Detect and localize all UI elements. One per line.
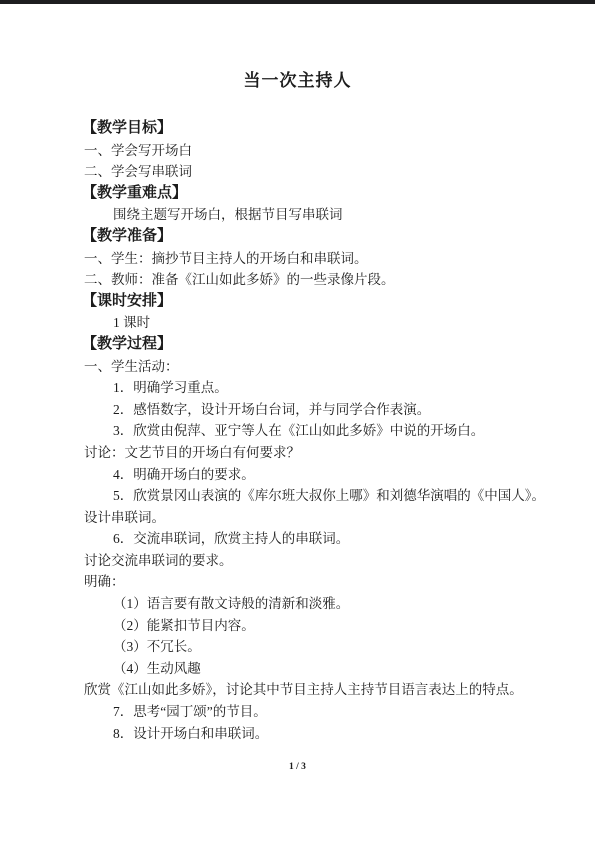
document-line: 一、学会写开场白 xyxy=(84,140,529,162)
document-line: 欣赏《江山如此多娇》，讨论其中节目主持人主持节目语言表达上的特点。 xyxy=(84,679,529,701)
document-line: 【教学准备】 xyxy=(82,226,529,248)
document-line: 7．思考“园丁颂”的节目。 xyxy=(84,701,529,723)
document-line: 二、学会写串联词 xyxy=(84,161,529,183)
document-line: 围绕主题写开场白，根据节目写串联词 xyxy=(84,204,529,226)
document-line: 二、教师：准备《江山如此多娇》的一些录像片段。 xyxy=(84,269,529,291)
document-line: 【教学目标】 xyxy=(82,118,529,140)
document-body: 【教学目标】一、学会写开场白二、学会写串联词【教学重难点】围绕主题写开场白，根据… xyxy=(84,118,529,744)
document-line: （3）不冗长。 xyxy=(84,636,529,658)
document-line: （4）生动风趣 xyxy=(84,658,529,680)
document-line: 一、学生：摘抄节目主持人的开场白和串联词。 xyxy=(84,248,529,270)
document-line: 【课时安排】 xyxy=(82,291,529,313)
document-line: （2）能紧扣节目内容。 xyxy=(84,615,529,637)
document-line: 设计串联词。 xyxy=(84,507,529,529)
document-line: 1 课时 xyxy=(84,312,529,334)
document-line: 5．欣赏景冈山表演的《库尔班大叔你上哪》和刘德华演唱的《中国人》。 xyxy=(84,485,529,507)
document-title: 当一次主持人 xyxy=(0,66,595,91)
document-page: 当一次主持人 【教学目标】一、学会写开场白二、学会写串联词【教学重难点】围绕主题… xyxy=(0,0,595,841)
document-line: 【教学重难点】 xyxy=(82,183,529,205)
document-line: 3．欣赏由倪萍、亚宁等人在《江山如此多娇》中说的开场白。 xyxy=(84,420,529,442)
top-edge-bar xyxy=(0,0,595,4)
page-number: 1 / 3 xyxy=(0,762,595,772)
document-line: 8．设计开场白和串联词。 xyxy=(84,723,529,745)
document-line: （1）语言要有散文诗般的清新和淡雅。 xyxy=(84,593,529,615)
document-line: 【教学过程】 xyxy=(82,334,529,356)
document-line: 讨论交流串联词的要求。 xyxy=(84,550,529,572)
document-line: 2．感悟数字，设计开场白台词，并与同学合作表演。 xyxy=(84,399,529,421)
document-line: 一、学生活动： xyxy=(84,356,529,378)
document-line: 讨论：文艺节目的开场白有何要求？ xyxy=(84,442,529,464)
document-line: 4．明确开场白的要求。 xyxy=(84,464,529,486)
document-line: 1．明确学习重点。 xyxy=(84,377,529,399)
document-line: 6．交流串联词，欣赏主持人的串联词。 xyxy=(84,528,529,550)
document-line: 明确： xyxy=(84,571,529,593)
